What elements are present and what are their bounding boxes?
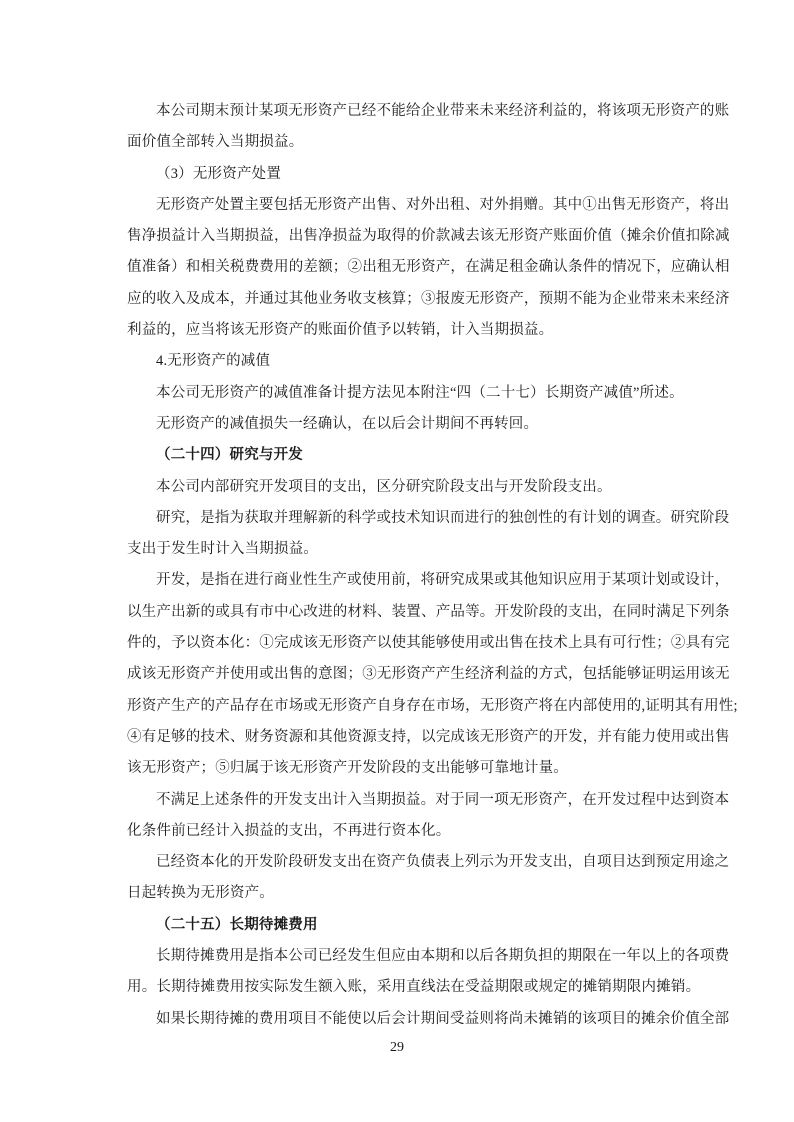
text-line: 成该无形资产并使用或出售的意图；③无形资产产生经济利益的方式，包括能够证明运用该… xyxy=(127,659,717,690)
document-page: 本公司期末预计某项无形资产已经不能给企业带来未来经济利益的，将该项无形资产的账面… xyxy=(0,0,794,1122)
text-line: 支出于发生时计入当期损益。 xyxy=(127,534,717,565)
text-line: 日起转换为无形资产。 xyxy=(127,878,717,909)
text-line: 研究，是指为获取并理解新的科学或技术知识而进行的独创性的有计划的调查。研究阶段 xyxy=(127,503,717,534)
text-line: （3）无形资产处置 xyxy=(127,159,717,190)
text-line: 该无形资产；⑤归属于该无形资产开发阶段的支出能够可靠地计量。 xyxy=(127,753,717,784)
text-line: 售净损益计入当期损益，出售净损益为取得的价款减去该无形资产账面价值（摊余价值扣除… xyxy=(127,221,717,252)
text-line: 以生产出新的或具有市中心改进的材料、装置、产品等。开发阶段的支出，在同时满足下列… xyxy=(127,597,717,628)
section-heading: （二十四）研究与开发 xyxy=(127,440,717,471)
section-heading: （二十五）长期待摊费用 xyxy=(127,910,717,941)
text-line: 不满足上述条件的开发支出计入当期损益。对于同一项无形资产，在开发过程中达到资本 xyxy=(127,785,717,816)
text-line: 如果长期待摊的费用项目不能使以后会计期间受益则将尚未摊销的该项目的摊余价值全部 xyxy=(127,1004,717,1035)
text-line: 长期待摊费用是指本公司已经发生但应由本期和以后各期负担的期限在一年以上的各项费 xyxy=(127,941,717,972)
text-line: 无形资产处置主要包括无形资产出售、对外出租、对外捐赠。其中①出售无形资产，将出 xyxy=(127,190,717,221)
text-line: 值准备）和相关税费费用的差额；②出租无形资产，在满足租金确认条件的情况下，应确认… xyxy=(127,252,717,283)
text-line: 本公司无形资产的减值准备计提方法见本附注“四（二十七）长期资产减值”所述。 xyxy=(127,378,717,409)
text-line: 本公司期末预计某项无形资产已经不能给企业带来未来经济利益的，将该项无形资产的账 xyxy=(127,96,717,127)
text-line: 化条件前已经计入损益的支出，不再进行资本化。 xyxy=(127,816,717,847)
text-line: 用。长期待摊费用按实际发生额入账，采用直线法在受益期限或规定的摊销期限内摊销。 xyxy=(127,972,717,1003)
text-line: 开发，是指在进行商业性生产或使用前，将研究成果或其他知识应用于某项计划或设计， xyxy=(127,565,717,596)
page-number: 29 xyxy=(0,1040,794,1056)
text-line: 无形资产的减值损失一经确认，在以后会计期间不再转回。 xyxy=(127,409,717,440)
text-line: 面价值全部转入当期损益。 xyxy=(127,127,717,158)
text-line: ④有足够的技术、财务资源和其他资源支持，以完成该无形资产的开发，并有能力使用或出… xyxy=(127,722,717,753)
text-line: 利益的，应当将该无形资产的账面价值予以转销，计入当期损益。 xyxy=(127,315,717,346)
text-lines: 本公司期末预计某项无形资产已经不能给企业带来未来经济利益的，将该项无形资产的账面… xyxy=(127,96,717,1035)
text-line: 件的，予以资本化：①完成该无形资产以使其能够使用或出售在技术上具有可行性；②具有… xyxy=(127,628,717,659)
text-line: 形资产生产的产品存在市场或无形资产自身存在市场，无形资产将在内部使用的,证明其有… xyxy=(127,691,717,722)
text-line: 应的收入及成本，并通过其他业务收支核算；③报废无形资产，预期不能为企业带来未来经… xyxy=(127,284,717,315)
text-line: 本公司内部研究开发项目的支出，区分研究阶段支出与开发阶段支出。 xyxy=(127,472,717,503)
text-line: 已经资本化的开发阶段研发支出在资产负债表上列示为开发支出，自项目达到预定用途之 xyxy=(127,847,717,878)
text-line: 4.无形资产的减值 xyxy=(127,346,717,377)
